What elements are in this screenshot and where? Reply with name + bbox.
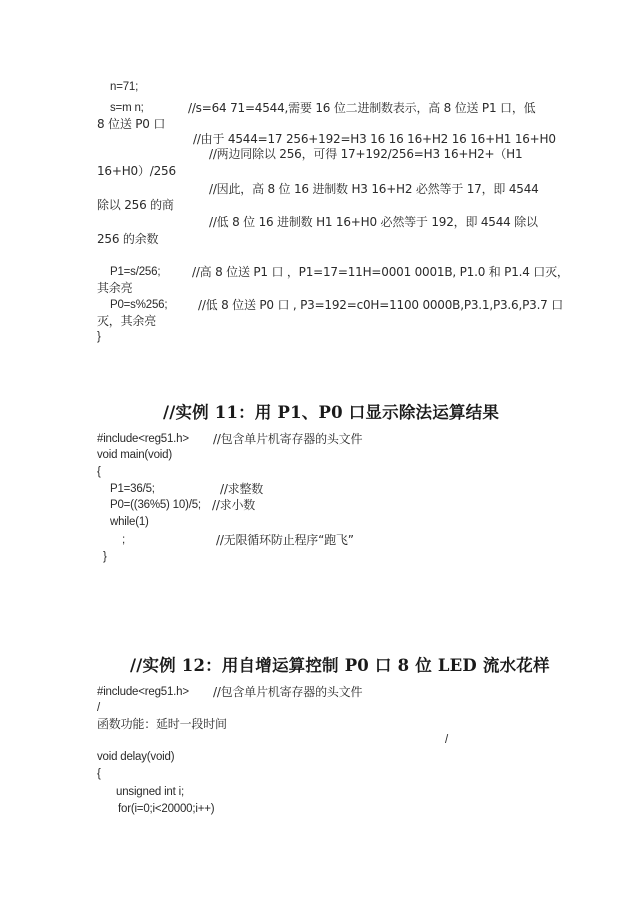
code-comment: //两边同除以 256，可得 17+192/256=H3 16+H2+（H1 — [209, 146, 522, 162]
code-comment: //求整数 — [220, 481, 263, 497]
code-comment: 灭，其余亮 — [97, 313, 156, 329]
code-line: #include<reg51.h> — [97, 684, 189, 700]
code-comment: //s=64 71=4544,需要 16 位二进制数表示，高 8 位送 P1 口… — [188, 100, 535, 116]
code-line: void main(void) — [97, 447, 172, 463]
code-line: #include<reg51.h> — [97, 431, 189, 447]
code-comment: //低 8 位 16 进制数 H1 16+H0 必然等于 192，即 4544 … — [209, 214, 538, 230]
code-comment: //由于 4544=17 256+192=H3 16 16 16+H2 16 1… — [193, 131, 556, 147]
code-line: unsigned int i; — [116, 784, 184, 800]
code-line: P0=((36%5) 10)/5; — [110, 497, 201, 513]
code-comment: 256 的余数 — [97, 231, 158, 247]
code-line: } — [97, 329, 101, 345]
code-line: P0=s%256; — [110, 297, 167, 313]
code-line: / — [445, 732, 448, 748]
code-line: P1=36/5; — [110, 481, 155, 497]
code-comment: //低 8 位送 P0 口 , P3=192=c0H=1100 0000B,P3… — [198, 297, 563, 313]
code-comment: //无限循环防止程序“跑飞” — [216, 532, 354, 548]
code-comment: 函数功能：延时一段时间 — [97, 716, 227, 732]
code-line: P1=s/256; — [110, 264, 160, 280]
code-line: { — [97, 766, 101, 782]
code-line: { — [97, 464, 101, 480]
code-line: ; — [122, 532, 125, 548]
code-comment: 除以 256 的商 — [97, 197, 174, 213]
section-heading: //实例 12：用自增运算控制 P0 口 8 位 LED 流水花样 — [130, 652, 550, 676]
code-comment: 8 位送 P0 口 — [97, 116, 165, 132]
code-comment: //高 8 位送 P1 口 ，P1=17=11H=0001 0001B, P1.… — [192, 264, 569, 280]
code-comment: //求小数 — [212, 497, 255, 513]
code-line: for(i=0;i<20000;i++) — [118, 801, 214, 817]
code-comment: //因此，高 8 位 16 进制数 H3 16+H2 必然等于 17，即 454… — [209, 181, 539, 197]
code-comment: 16+H0）/256 — [97, 163, 176, 179]
section-heading: //实例 11：用 P1、P0 口显示除法运算结果 — [163, 399, 499, 423]
code-line: void delay(void) — [97, 749, 174, 765]
code-comment: //包含单片机寄存器的头文件 — [213, 431, 362, 447]
code-line: while(1) — [110, 514, 149, 530]
code-line: n=71; — [110, 79, 138, 95]
code-line: } — [103, 549, 107, 565]
code-line: s=m n; — [110, 100, 144, 116]
code-line: / — [97, 700, 100, 716]
code-comment: 其余亮 — [97, 280, 132, 296]
code-comment: //包含单片机寄存器的头文件 — [213, 684, 362, 700]
